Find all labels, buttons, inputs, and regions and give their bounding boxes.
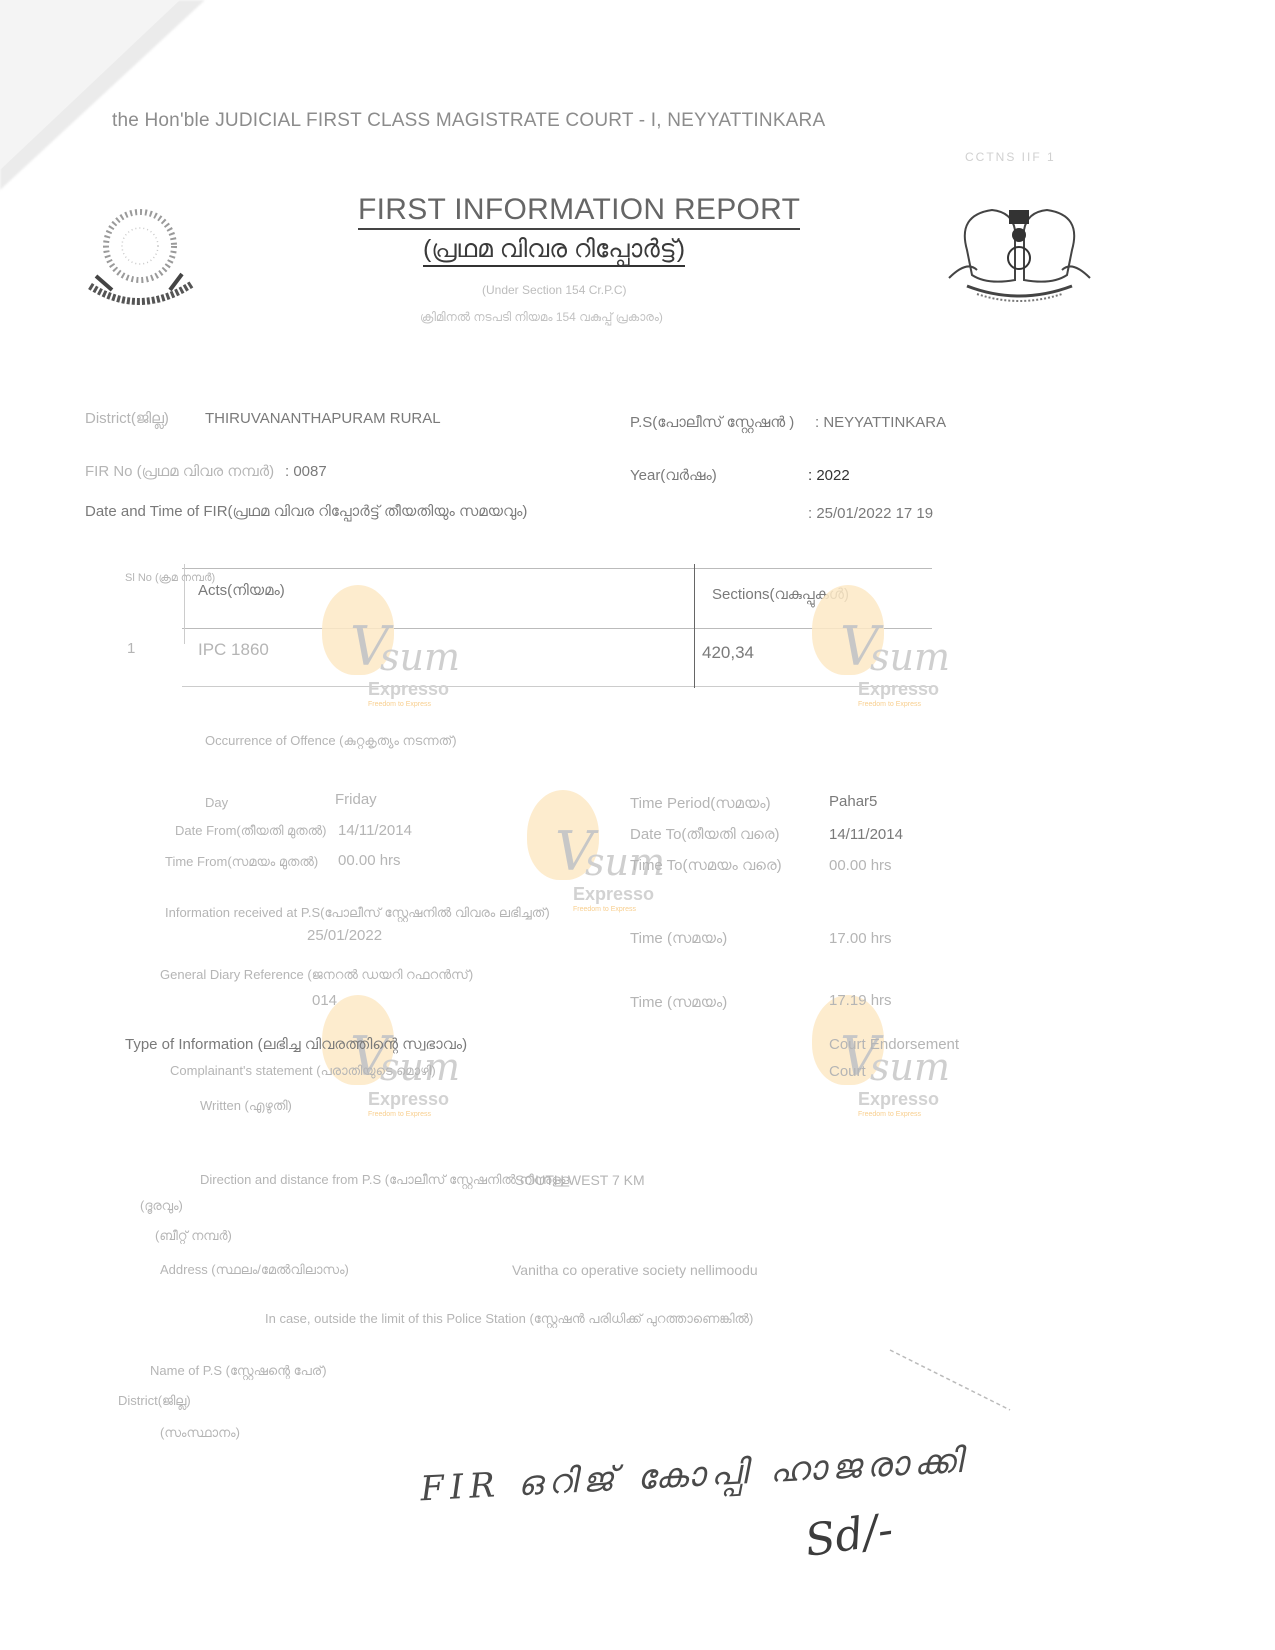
report-title-malayalam: (പ്രഥമ വിവര റിപ്പോർട്ട്) <box>423 235 685 267</box>
written-label: Written (എഴുതി) <box>200 1098 292 1114</box>
kerala-state-emblem-icon <box>937 190 1102 310</box>
district-label: District(ജില്ല) <box>85 410 169 427</box>
gd-time-label: Time (സമയം) <box>630 994 727 1011</box>
info-received-heading: Information received at P.S(പോലീസ് സ്റ്റ… <box>165 905 550 921</box>
distance-label: (ദൂരവും) <box>140 1198 183 1214</box>
time-from-label: Time From(സമയം മുതൽ) <box>165 854 318 870</box>
info-received-date: 25/01/2022 <box>307 927 382 944</box>
info-received-time-label: Time (സമയം) <box>630 930 727 947</box>
signature: Sd/- <box>802 1504 896 1567</box>
ps-value: : NEYYATTINKARA <box>815 414 946 431</box>
acts-header: Acts(നിയമം) <box>198 582 285 599</box>
fir-datetime-label: Date and Time of FIR(പ്രഥമ വിവര റിപ്പോർട… <box>85 503 527 520</box>
year-label: Year(വർഷം) <box>630 467 717 484</box>
fir-datetime-value: : 25/01/2022 17 19 <box>808 505 933 522</box>
district-value: THIRUVANANTHAPURAM RURAL <box>205 410 441 427</box>
handwritten-note: FIR ഒറിജ് കോപ്പി ഹാജരാക്കി <box>419 1441 968 1510</box>
place-district-label: District(ജില്ല) <box>118 1393 191 1409</box>
gd-time-value: 17.19 hrs <box>829 992 892 1009</box>
time-period-label: Time Period(സമയം) <box>630 795 771 812</box>
court-endorsement-label: Court Endorsement <box>829 1036 959 1053</box>
time-period-value: Pahar5 <box>829 793 877 810</box>
watermark-logo: VsumExpressoFreedom to Express <box>800 995 960 1135</box>
report-title: FIRST INFORMATION REPORT <box>358 193 800 230</box>
date-to-label: Date To(തീയതി വരെ) <box>630 826 779 843</box>
page-fold <box>0 0 180 170</box>
date-from-label: Date From(തീയതി മുതൽ) <box>175 823 326 839</box>
state-label: (സംസ്ഥാനം) <box>160 1425 240 1441</box>
acts-row-sl-no: 1 <box>127 640 135 657</box>
gd-reference-heading: General Diary Reference (ജനറൽ ഡയറി റഫറൻസ… <box>160 967 473 983</box>
address-label: Address (സ്ഥലം/മേൽവിലാസം) <box>160 1262 349 1278</box>
acts-row-sections: 420,34 <box>702 643 754 663</box>
complainant-label: Complainant's statement (പരാതിയുടെ മൊഴി) <box>170 1063 436 1079</box>
form-code: CCTNS IIF 1 <box>965 150 1056 164</box>
acts-row-act: IPC 1860 <box>198 640 269 660</box>
address-value: Vanitha co operative society nellimoodu <box>512 1262 758 1278</box>
fir-no-value: : 0087 <box>285 463 327 480</box>
ps-label: P.S(പോലീസ് സ്റ്റേഷൻ ) <box>630 414 794 431</box>
time-from-value: 00.00 hrs <box>338 852 401 869</box>
court-header: the Hon'ble JUDICIAL FIRST CLASS MAGISTR… <box>112 110 825 132</box>
beat-no-label: (ബീറ്റ് നമ്പർ) <box>155 1228 232 1244</box>
time-to-label: Time To(സമയം വരെ) <box>630 857 782 874</box>
year-value: : 2022 <box>808 467 850 484</box>
occurrence-heading: Occurrence of Offence (കുറ്റകൃത്യം നടന്ന… <box>205 733 457 749</box>
day-value: Friday <box>335 791 377 808</box>
gd-entry-value: 014 <box>312 992 337 1009</box>
date-from-value: 14/11/2014 <box>338 822 412 839</box>
under-section-malayalam: ക്രിമിനൽ നടപടി നിയമം 154 വകുപ്പ് പ്രകാരം… <box>420 310 663 325</box>
court-value: Court <box>829 1063 866 1080</box>
date-to-value: 14/11/2014 <box>829 826 903 843</box>
time-to-value: 00.00 hrs <box>829 857 892 874</box>
scribble-mark <box>880 1340 1020 1420</box>
sections-header: Sections(വകുപ്പുകൾ) <box>712 586 849 603</box>
type-info-heading: Type of Information (ലഭിച്ച വിവരത്തിന്റെ… <box>125 1036 467 1053</box>
under-section: (Under Section 154 Cr.P.C) <box>482 283 627 297</box>
fir-no-label: FIR No (പ്രഥമ വിവര നമ്പർ) <box>85 463 274 480</box>
kerala-police-emblem-icon <box>82 198 202 323</box>
info-received-time-value: 17.00 hrs <box>829 930 892 947</box>
day-label: Day <box>205 795 228 810</box>
ps-name-label: Name of P.S (സ്റ്റേഷന്റെ പേര്) <box>150 1363 327 1379</box>
outside-limit-label: In case, outside the limit of this Polic… <box>265 1311 753 1327</box>
direction-value: SOUTH WEST 7 KM <box>515 1172 645 1188</box>
